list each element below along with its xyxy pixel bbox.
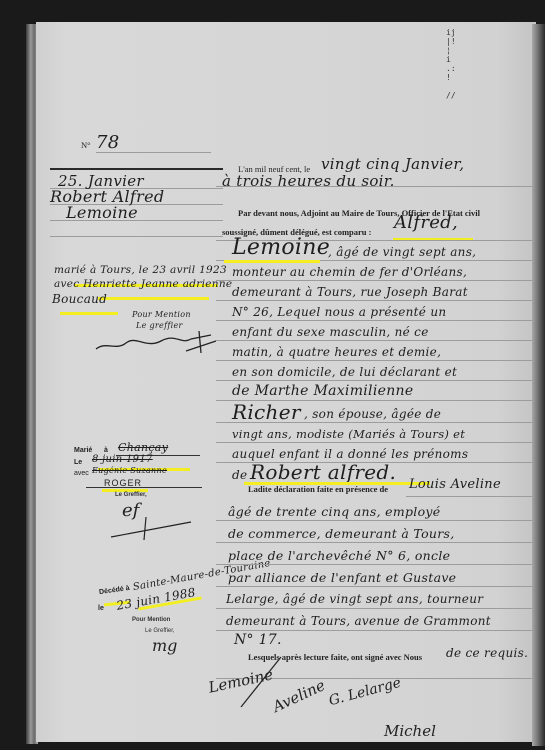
- stamp-spouse-first: Eugénie Suzanne: [92, 466, 167, 475]
- stamp-marriage-date: 8 juin 1917: [92, 454, 153, 465]
- page-edge: [532, 24, 545, 746]
- greffier-signature-1: [91, 327, 221, 357]
- child-names: Robert alfred.: [250, 460, 396, 484]
- witness-1-name: Louis Aveline: [409, 477, 501, 492]
- register-page: ij|!¦i.:!// N° 78 25. Janvier Robert Alf…: [36, 22, 536, 742]
- header-divider: [50, 168, 223, 170]
- signature-witness-2: G. Lelarge: [327, 675, 403, 710]
- margin-surname: Lemoine: [66, 203, 138, 222]
- stamp-marriage-place: Chançay: [118, 441, 168, 454]
- stamp-marie-label: Marié: [74, 447, 92, 454]
- mother-surname: Richer: [232, 400, 301, 424]
- register-number: 78: [96, 132, 120, 153]
- signature-officer: Michel: [384, 722, 436, 740]
- father-first-name: Alfred,: [394, 212, 458, 233]
- death-greffier-signature: mg: [152, 636, 177, 655]
- marriage-note-line2: avec Henriette Jeanne adrienne: [54, 278, 232, 290]
- death-stamp-label: Décédé à: [99, 585, 130, 596]
- body-time-hand: à trois heures du soir.: [222, 172, 395, 190]
- pencil-marks: ij|!¦i.:!//: [446, 28, 456, 100]
- body-date-hand: vingt cinq Janvier,: [321, 155, 464, 173]
- marriage-note-line1: marié à Tours, le 23 avril 1923: [54, 264, 227, 276]
- marriage-note-line3: Boucaud: [52, 292, 107, 306]
- father-surname: Lemoine: [232, 235, 330, 260]
- highlight: [224, 260, 320, 263]
- marriage-note-pour-mention: Pour Mention: [132, 310, 191, 319]
- highlight: [60, 312, 118, 315]
- closing-hand: de ce requis.: [446, 646, 528, 660]
- highlight: [98, 297, 209, 300]
- register-number-label: N°: [81, 140, 91, 150]
- witness-print: Ladite déclaration faite en présence de: [248, 484, 388, 494]
